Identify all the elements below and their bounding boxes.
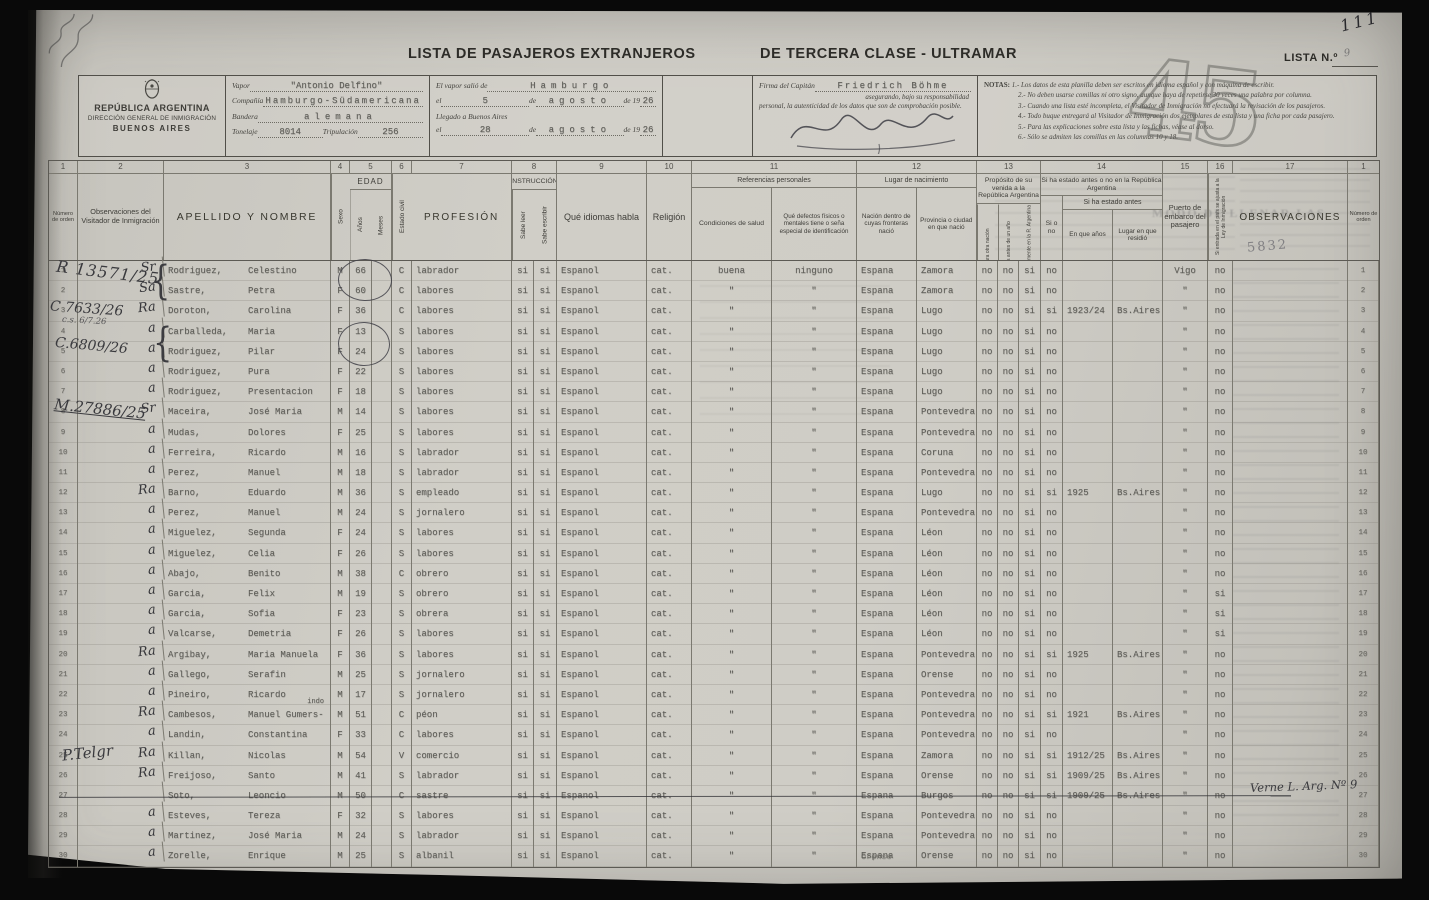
- cell-leer: si: [512, 584, 534, 604]
- cell-idioma: Espanol: [557, 523, 647, 543]
- cell-civil: S: [392, 846, 412, 866]
- cell-sex: M: [331, 786, 350, 806]
- cell-anos2: [1063, 463, 1113, 483]
- cell-prof: obrero: [412, 584, 512, 604]
- cell-lug2: [1113, 402, 1163, 422]
- cell-lug2: [1113, 665, 1163, 685]
- column-number: 7: [412, 161, 512, 173]
- passenger-row: 29aMartinez,José MariaM24SlabradorsisiEs…: [49, 826, 1379, 846]
- column-number: 9: [557, 161, 647, 173]
- salio-port: Hamburgo: [487, 81, 656, 92]
- cell-numero-orden-2: 13: [1348, 503, 1379, 523]
- cell-rel: cat.: [647, 645, 692, 665]
- cell-leer: si: [512, 766, 534, 786]
- cell-prof: labrador: [412, 261, 512, 281]
- cell-escribir: si: [534, 382, 557, 402]
- cell-n: 25: [49, 746, 78, 766]
- cell-meses: [372, 846, 392, 866]
- cell-est: no: [1041, 826, 1063, 846]
- cell-nombre: Maceira,José Maria: [164, 402, 331, 422]
- passenger-given-name: Ricardo: [248, 443, 330, 463]
- handwritten-stamp-number: 5832: [1246, 237, 1288, 256]
- cell-p2: no: [998, 766, 1019, 786]
- passenger-row: 12RaBarno,EduardoM36SempleadosisiEspanol…: [49, 483, 1379, 503]
- cell-n: 10: [49, 443, 78, 463]
- cell-c16: no: [1208, 503, 1233, 523]
- cell-salud: ″: [692, 766, 772, 786]
- cell-obs: [1233, 846, 1348, 866]
- cell-pto: ″: [1163, 443, 1208, 463]
- cell-c16: no: [1208, 261, 1233, 281]
- cell-nacion: Espana: [857, 322, 917, 342]
- cell-p2: no: [998, 725, 1019, 745]
- column-number: 5: [350, 161, 392, 173]
- cell-prov: Léon: [917, 604, 977, 624]
- cell-prof: labores: [412, 423, 512, 443]
- cell-leer: si: [512, 301, 534, 321]
- cell-p3: si: [1019, 846, 1041, 866]
- cell-civil: S: [392, 766, 412, 786]
- cell-def: ″: [772, 402, 857, 422]
- cell-obs: [1233, 725, 1348, 745]
- cell-sex: F: [331, 806, 350, 826]
- cell-prof: labores: [412, 322, 512, 342]
- cell-civil: S: [392, 362, 412, 382]
- cell-pto: ″: [1163, 382, 1208, 402]
- cell-p2: no: [998, 806, 1019, 826]
- cell-idioma: Espanol: [557, 544, 647, 564]
- cell-pto: ″: [1163, 766, 1208, 786]
- cell-anos: 25: [350, 665, 372, 685]
- cell-anos2: [1063, 503, 1113, 523]
- cell-p1: no: [977, 483, 998, 503]
- cell-numero-orden-2: 23: [1348, 705, 1379, 725]
- cell-salud: ″: [692, 423, 772, 443]
- cell-meses: [372, 261, 392, 281]
- cell-meses: [372, 645, 392, 665]
- cell-est: si: [1041, 766, 1063, 786]
- passenger-given-name: Petra: [248, 281, 330, 301]
- cell-def: ″: [772, 463, 857, 483]
- cell-escribir: si: [534, 443, 557, 463]
- cell-prov: Pontevedra: [917, 503, 977, 523]
- cell-salud: ″: [692, 685, 772, 705]
- form-header: REPÚBLICA ARGENTINA DIRECCIÓN GENERAL DE…: [78, 75, 1377, 157]
- cell-sex: M: [331, 564, 350, 584]
- cell-meses: [372, 503, 392, 523]
- cell-idioma: Espanol: [557, 846, 647, 866]
- cell-p1: no: [977, 362, 998, 382]
- column-number: 12: [857, 161, 977, 173]
- cell-anos2: [1063, 665, 1113, 685]
- cell-leer: si: [512, 261, 534, 281]
- cell-meses: [372, 423, 392, 443]
- cell-p2: no: [998, 523, 1019, 543]
- cell-lug2: Bs.Aires: [1113, 645, 1163, 665]
- cell-leer: si: [512, 806, 534, 826]
- cell-prov: Burgos: [917, 786, 977, 806]
- cell-c16: no: [1208, 645, 1233, 665]
- cell-meses: [372, 382, 392, 402]
- cell-salud: ″: [692, 806, 772, 826]
- cell-escribir: si: [534, 685, 557, 705]
- cell-n: 15: [49, 544, 78, 564]
- cell-anos: 13: [350, 322, 372, 342]
- cell-p1: no: [977, 645, 998, 665]
- cell-est: no: [1041, 362, 1063, 382]
- cell-pto: ″: [1163, 826, 1208, 846]
- cell-civil: S: [392, 342, 412, 362]
- cell-sex: F: [331, 301, 350, 321]
- cell-salud: ″: [692, 483, 772, 503]
- cell-obs: [1233, 402, 1348, 422]
- cell-prov: Léon: [917, 564, 977, 584]
- cell-numero-orden-2: 19: [1348, 624, 1379, 644]
- cell-numero-orden-2: 24: [1348, 725, 1379, 745]
- header-volver: Si piensa volver a su país antes de un a…: [998, 204, 1019, 260]
- cell-idioma: Espanol: [557, 281, 647, 301]
- cell-n: 24: [49, 725, 78, 745]
- cell-lug2: [1113, 423, 1163, 443]
- cell-anos: 36: [350, 645, 372, 665]
- cell-p1: no: [977, 725, 998, 745]
- passenger-row: 28aEsteves,TerezaF32SlaboressisiEspanolc…: [49, 806, 1379, 826]
- coat-of-arms-icon: [142, 79, 162, 101]
- cell-leer: si: [512, 382, 534, 402]
- cell-obs: [1233, 624, 1348, 644]
- cell-nombre: Soto,Leoncio: [164, 786, 331, 806]
- cell-sex: M: [331, 705, 350, 725]
- cell-nombre: Martinez,José Maria: [164, 826, 331, 846]
- cell-c16: no: [1208, 846, 1233, 866]
- captain-clause-1: asegurando, bajo su responsabilidad: [753, 92, 977, 101]
- cell-anos2: 1923/24: [1063, 301, 1113, 321]
- passenger-surname: Mudas,: [164, 423, 248, 443]
- cell-nombre: Cambesos,Manuel Gumers-indo: [164, 705, 331, 725]
- cell-salud: ″: [692, 503, 772, 523]
- passenger-row: 24aLandin,ConstantinaF33ClaboressisiEspa…: [49, 725, 1379, 745]
- cell-nacion: Espana: [857, 665, 917, 685]
- passenger-row: 7aRodriguez,PresentacionF18SlaboressisiE…: [49, 382, 1379, 402]
- column-number: 2: [78, 161, 164, 173]
- cell-n: 2: [49, 281, 78, 301]
- cell-nacion: Espana: [857, 685, 917, 705]
- cell-p3: si: [1019, 261, 1041, 281]
- cell-def: ″: [772, 584, 857, 604]
- cell-est: no: [1041, 584, 1063, 604]
- passenger-given-name: Presentacion: [248, 382, 330, 402]
- cell-leer: si: [512, 443, 534, 463]
- cell-def: ″: [772, 786, 857, 806]
- agency-box: REPÚBLICA ARGENTINA DIRECCIÓN GENERAL DE…: [79, 76, 226, 156]
- cell-anos: 32: [350, 806, 372, 826]
- cell-numero-orden-2: 9: [1348, 423, 1379, 443]
- cell-pto: Vigo: [1163, 261, 1208, 281]
- cell-escribir: si: [534, 342, 557, 362]
- cell-lug2: [1113, 523, 1163, 543]
- cell-prof: labores: [412, 523, 512, 543]
- cell-anos: 54: [350, 746, 372, 766]
- cell-nacion: Espana: [857, 362, 917, 382]
- cell-numero-orden-2: 16: [1348, 564, 1379, 584]
- cell-nacion: Espana: [857, 705, 917, 725]
- cell-anos2: [1063, 281, 1113, 301]
- cell-pto: ″: [1163, 342, 1208, 362]
- cell-def: ″: [772, 746, 857, 766]
- header-religion: Religión: [647, 174, 692, 260]
- cell-p1: no: [977, 665, 998, 685]
- cell-meses: [372, 746, 392, 766]
- passenger-given-name: Santo: [248, 766, 330, 786]
- cell-p2: no: [998, 584, 1019, 604]
- cell-numero-orden-2: 2: [1348, 281, 1379, 301]
- cell-pto: ″: [1163, 624, 1208, 644]
- cell-est: no: [1041, 523, 1063, 543]
- cell-p2: no: [998, 685, 1019, 705]
- captain-name: Friedrich Böhme: [815, 81, 971, 92]
- cell-p3: si: [1019, 523, 1041, 543]
- passenger-row: 2SaSastre,PetraF60ClaboressisiEspanolcat…: [49, 281, 1379, 301]
- cell-p2: no: [998, 604, 1019, 624]
- cell-p2: no: [998, 463, 1019, 483]
- cell-anos2: [1063, 342, 1113, 362]
- passenger-surname: Sastre,: [164, 281, 248, 301]
- cell-idioma: Espanol: [557, 402, 647, 422]
- passenger-row: 3RaDoroton,CarolinaF36ClaboressisiEspano…: [49, 301, 1379, 321]
- cell-meses: [372, 281, 392, 301]
- header-lugar-nacimiento-group: Lugar de nacimiento Nación dentro de cuy…: [857, 174, 977, 260]
- passenger-given-name: Constantina: [248, 725, 330, 745]
- cell-meses: [372, 463, 392, 483]
- cell-p1: no: [977, 604, 998, 624]
- cell-sex: F: [331, 624, 350, 644]
- cell-sex: F: [331, 382, 350, 402]
- cell-def: ″: [772, 443, 857, 463]
- header-observaciones-visitador: Observaciones del Visitador de Inmigraci…: [78, 174, 164, 260]
- cell-pto: ″: [1163, 523, 1208, 543]
- cell-numero-orden-2: 10: [1348, 443, 1379, 463]
- cell-rel: cat.: [647, 604, 692, 624]
- cell-nombre: Ferreira,Ricardo: [164, 443, 331, 463]
- cell-leer: si: [512, 705, 534, 725]
- header-sabe-leer: Sabe leer: [512, 190, 534, 260]
- cell-p2: no: [998, 503, 1019, 523]
- cell-meses: [372, 301, 392, 321]
- cell-p3: si: [1019, 786, 1041, 806]
- cell-n: 6: [49, 362, 78, 382]
- passenger-given-name: Celestino: [248, 261, 330, 281]
- cell-lug2: [1113, 806, 1163, 826]
- cell-pto: ″: [1163, 362, 1208, 382]
- cell-idioma: Espanol: [557, 382, 647, 402]
- passenger-surname: Martinez,: [164, 826, 248, 846]
- cell-numero-orden-2: 18: [1348, 604, 1379, 624]
- cell-p3: si: [1019, 483, 1041, 503]
- cell-meses: [372, 564, 392, 584]
- cell-p1: no: [977, 584, 998, 604]
- handwritten-list-number: 9: [1343, 48, 1351, 60]
- cell-escribir: si: [534, 503, 557, 523]
- column-number-row: 12345678910111213141516171: [49, 161, 1379, 174]
- cell-lug2: [1113, 261, 1163, 281]
- passenger-row: 23RaCambesos,Manuel Gumers-indoM51Cpéons…: [49, 705, 1379, 725]
- page-subtitle: DE TERCERA CLASE - ULTRAMAR: [760, 46, 1017, 62]
- cell-pto: ″: [1163, 423, 1208, 443]
- cell-leer: si: [512, 685, 534, 705]
- cell-p2: no: [998, 322, 1019, 342]
- cell-n: 16: [49, 564, 78, 584]
- cell-salud: ″: [692, 342, 772, 362]
- cell-n: 19: [49, 624, 78, 644]
- cell-idioma: Espanol: [557, 362, 647, 382]
- cell-pto: ″: [1163, 705, 1208, 725]
- cell-nombre: Freijoso,Santo: [164, 766, 331, 786]
- cell-escribir: si: [534, 766, 557, 786]
- cell-anos2: [1063, 846, 1113, 866]
- cell-anos: 25: [350, 423, 372, 443]
- cell-pto: ″: [1163, 746, 1208, 766]
- cell-c16: no: [1208, 342, 1233, 362]
- cell-lug2: [1113, 503, 1163, 523]
- cell-prov: Zamora: [917, 261, 977, 281]
- cell-numero-orden-2: 28: [1348, 806, 1379, 826]
- cell-prov: Pontevedra: [917, 463, 977, 483]
- passenger-surname: Rodriguez,: [164, 261, 248, 281]
- cell-idioma: Espanol: [557, 342, 647, 362]
- cell-c16: no: [1208, 423, 1233, 443]
- cell-prov: Pontevedra: [917, 725, 977, 745]
- cell-obs: [1233, 786, 1348, 806]
- cell-c16: no: [1208, 281, 1233, 301]
- cell-letter: a: [77, 842, 165, 871]
- cell-leer: si: [512, 362, 534, 382]
- cell-obs: [1233, 301, 1348, 321]
- cell-nacion: Espana: [857, 725, 917, 745]
- cell-idioma: Espanol: [557, 301, 647, 321]
- cell-meses: [372, 342, 392, 362]
- cell-est: no: [1041, 423, 1063, 443]
- cell-p3: si: [1019, 564, 1041, 584]
- cell-def: ″: [772, 725, 857, 745]
- cell-p3: si: [1019, 746, 1041, 766]
- cell-prov: Léon: [917, 624, 977, 644]
- passenger-row: 22aPineiro,RicardoM17SjornalerosisiEspan…: [49, 685, 1379, 705]
- cell-c16: no: [1208, 766, 1233, 786]
- cell-numero-orden-2: 15: [1348, 544, 1379, 564]
- cell-civil: C: [392, 261, 412, 281]
- cell-p1: no: [977, 281, 998, 301]
- de19-label2: de 19: [624, 125, 640, 134]
- passenger-row: 18aGarcia,SofiaF23SobrerasisiEspanolcat.…: [49, 604, 1379, 624]
- cell-obs: [1233, 766, 1348, 786]
- cell-prof: albanil: [412, 846, 512, 866]
- passenger-surname: Perez,: [164, 503, 248, 523]
- cell-c16: no: [1208, 725, 1233, 745]
- passenger-given-name: Pilar: [248, 342, 330, 362]
- cell-prof: empleado: [412, 483, 512, 503]
- cell-p3: si: [1019, 342, 1041, 362]
- cell-civil: S: [392, 523, 412, 543]
- cell-obs: [1233, 322, 1348, 342]
- header-sexo: Sexo: [331, 174, 350, 260]
- cell-p3: si: [1019, 806, 1041, 826]
- cell-n: 30: [49, 846, 78, 866]
- agency-department: DIRECCIÓN GENERAL DE INMIGRACIÓN: [79, 115, 225, 122]
- header-estado-antes-group: Si ha estado antes o no en la República …: [1041, 174, 1163, 260]
- cell-prov: Pontevedra: [917, 806, 977, 826]
- cell-anos: 60: [350, 281, 372, 301]
- cell-idioma: Espanol: [557, 463, 647, 483]
- cell-prov: Coruna: [917, 443, 977, 463]
- cell-prof: labores: [412, 362, 512, 382]
- cell-c16: no: [1208, 705, 1233, 725]
- cell-sex: M: [331, 766, 350, 786]
- cell-p1: no: [977, 503, 998, 523]
- cell-prov: Lugo: [917, 322, 977, 342]
- cell-anos2: [1063, 443, 1113, 463]
- cell-obs: [1233, 806, 1348, 826]
- cell-c16: si: [1208, 624, 1233, 644]
- cell-rel: cat.: [647, 261, 692, 281]
- cell-civil: S: [392, 544, 412, 564]
- cell-idioma: Espanol: [557, 584, 647, 604]
- cell-nombre: Miguelez,Celia: [164, 544, 331, 564]
- cell-prof: labores: [412, 544, 512, 564]
- cell-prov: Zamora: [917, 281, 977, 301]
- cell-lug2: Bs.Aires: [1113, 483, 1163, 503]
- cell-civil: S: [392, 685, 412, 705]
- cell-escribir: si: [534, 281, 557, 301]
- cell-anos: 24: [350, 826, 372, 846]
- cell-nacion: Espana: [857, 261, 917, 281]
- passenger-surname: Doroton,: [164, 301, 248, 321]
- cell-p3: si: [1019, 584, 1041, 604]
- cell-nacion: Espana: [857, 301, 917, 321]
- cell-anos: 41: [350, 766, 372, 786]
- cell-lug2: Bs.Aires: [1113, 746, 1163, 766]
- passenger-row: 9aMudas,DoloresF25SlaboressisiEspanolcat…: [49, 423, 1379, 443]
- cell-anos2: [1063, 322, 1113, 342]
- cell-nacion: Espana: [857, 382, 917, 402]
- cell-nombre: Valcarse,Demetria: [164, 624, 331, 644]
- cell-meses: [372, 665, 392, 685]
- cell-def: ″: [772, 362, 857, 382]
- cell-nacion: Espana: [857, 604, 917, 624]
- passenger-row: 11aPerez,ManuelM18SlabradorsisiEspanolca…: [49, 463, 1379, 483]
- cell-pto: ″: [1163, 786, 1208, 806]
- cell-numero-orden-2: 1: [1348, 261, 1379, 281]
- cell-prof: labores: [412, 725, 512, 745]
- cell-p2: no: [998, 402, 1019, 422]
- cell-obs: [1233, 604, 1348, 624]
- cell-p3: si: [1019, 281, 1041, 301]
- cell-civil: S: [392, 402, 412, 422]
- passenger-given-name: Segunda: [248, 523, 330, 543]
- cell-nombre: Rodriguez,Pura: [164, 362, 331, 382]
- cell-obs: [1233, 685, 1348, 705]
- cell-n: 14: [49, 523, 78, 543]
- cell-lug2: [1113, 443, 1163, 463]
- cell-c16: no: [1208, 402, 1233, 422]
- cell-def: ″: [772, 564, 857, 584]
- cell-nacion: Espana: [857, 443, 917, 463]
- cell-nombre: Pineiro,Ricardo: [164, 685, 331, 705]
- header-meses: Meses: [371, 190, 392, 260]
- cell-est: no: [1041, 443, 1063, 463]
- cell-anos2: 1912/25: [1063, 746, 1113, 766]
- cell-prof: comercio: [412, 746, 512, 766]
- cell-rel: cat.: [647, 746, 692, 766]
